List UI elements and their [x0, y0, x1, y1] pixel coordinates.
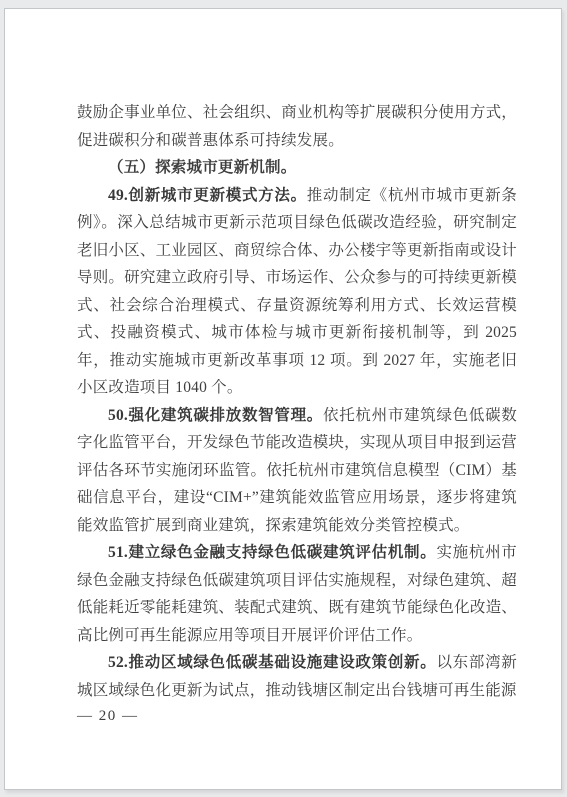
- numbered-item-51: 51.建立绿色金融支持绿色低碳建筑评估机制。实施杭州市绿色金融支持绿色低碳建筑项…: [77, 539, 517, 649]
- item-51-title: 51.建立绿色金融支持绿色低碳建筑评估机制。: [108, 544, 436, 561]
- document-body: 鼓励企事业单位、社会组织、商业机构等扩展碳积分使用方式，促进碳积分和碳普惠体系可…: [77, 99, 517, 704]
- item-49-title: 49.创新城市更新模式方法。: [108, 187, 307, 204]
- item-49-text: 推动制定《杭州市城市更新条例》。深入总结城市更新示范项目绿色低碳改造经验，研究制…: [77, 187, 517, 397]
- item-50-title: 50.强化建筑碳排放数智管理。: [108, 407, 323, 424]
- numbered-item-52: 52.推动区域绿色低碳基础设施建设政策创新。以东部湾新城区域绿色化更新为试点，推…: [77, 649, 517, 704]
- paragraph-carbon-credits: 鼓励企事业单位、社会组织、商业机构等扩展碳积分使用方式，促进碳积分和碳普惠体系可…: [77, 99, 517, 154]
- item-50-text: 依托杭州市建筑绿色低碳数字化监管平台，开发绿色节能改造模块，实现从项目申报到运营…: [77, 407, 517, 534]
- document-page: 鼓励企事业单位、社会组织、商业机构等扩展碳积分使用方式，促进碳积分和碳普惠体系可…: [4, 8, 562, 790]
- item-52-title: 52.推动区域绿色低碳基础设施建设政策创新。: [108, 654, 436, 671]
- section-heading-5: （五）探索城市更新机制。: [77, 154, 517, 182]
- document-viewer-background: 鼓励企事业单位、社会组织、商业机构等扩展碳积分使用方式，促进碳积分和碳普惠体系可…: [0, 0, 567, 797]
- numbered-item-50: 50.强化建筑碳排放数智管理。依托杭州市建筑绿色低碳数字化监管平台，开发绿色节能…: [77, 402, 517, 540]
- page-number: — 20 —: [77, 707, 139, 725]
- numbered-item-49: 49.创新城市更新模式方法。推动制定《杭州市城市更新条例》。深入总结城市更新示范…: [77, 182, 517, 402]
